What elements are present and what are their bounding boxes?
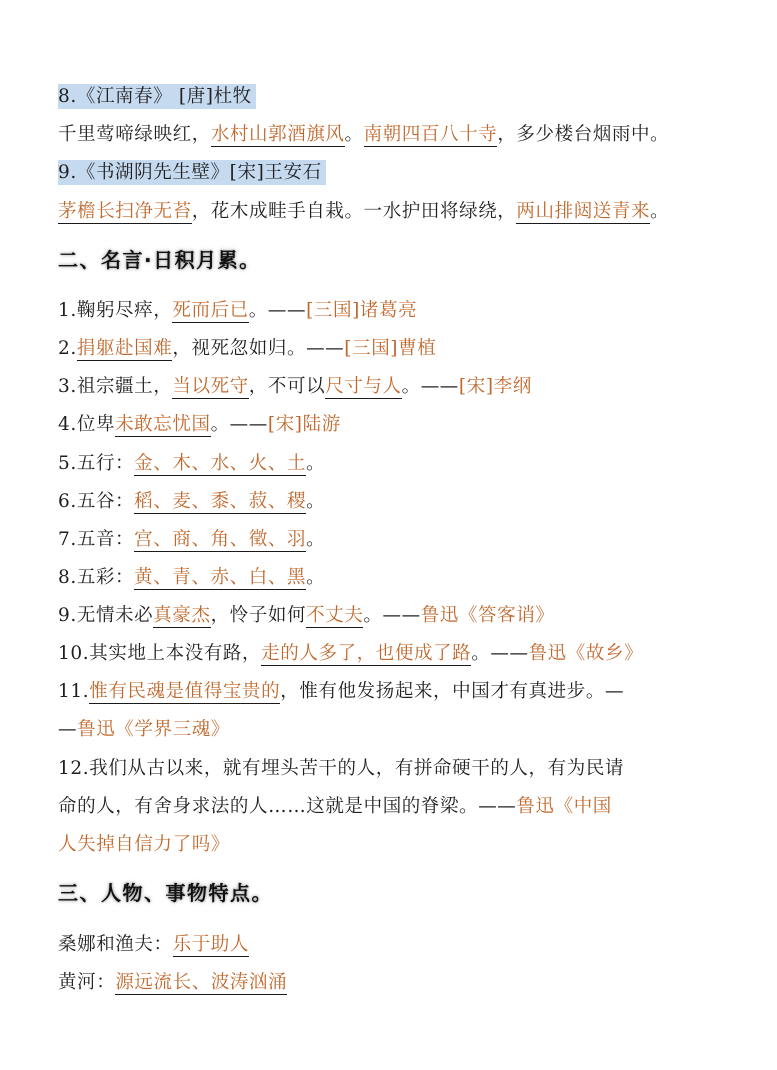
item-number: 10. — [58, 643, 89, 664]
answer-blank: 两山排闼送青来 — [516, 201, 650, 224]
quote-source: [宋]李纲 — [459, 376, 532, 397]
quote-text: 。—— — [363, 605, 420, 626]
punct: 。 — [345, 124, 364, 145]
quote-text: 其实地上本没有路， — [89, 643, 261, 664]
quote-item-2: 2.捐躯赴国难，视死忽如归。——[三国]曹植 — [58, 336, 436, 362]
answer-blank: 死而后已 — [172, 300, 248, 323]
verse-text: 千里莺啼绿映红， — [58, 124, 211, 145]
poem-body-8: 千里莺啼绿映红，水村山郭酒旗风。南朝四百八十寺，多少楼台烟雨中。 — [58, 122, 669, 148]
quote-item-5: 5.五行：金、木、水、火、土。 — [58, 451, 325, 477]
poem-title-8: 8.《江南春》 [唐]杜牧 — [58, 84, 256, 110]
quote-item-12-cont2: 人失掉自信力了吗》 — [58, 832, 230, 858]
item-number: 3. — [58, 376, 77, 397]
quote-text: 我们从古以来，就有埋头苦干的人，有拼命硬干的人，有为民请 — [89, 758, 624, 779]
quote-item-9: 9.无情未必真豪杰，怜子如何不丈夫。——鲁迅《答客诮》 — [58, 603, 554, 629]
quote-text: 鞠躬尽瘁， — [77, 300, 173, 321]
highlighted-title: 9.《书湖阴先生壁》[宋]王安石 — [58, 160, 326, 185]
answer-blank: 金、木、水、火、土 — [134, 453, 306, 476]
item-number: 6. — [58, 491, 77, 512]
quote-source: [宋]陆游 — [268, 414, 341, 435]
item-number: 5. — [58, 453, 77, 474]
quote-item-3: 3.祖宗疆土，当以死守，不可以尺寸与人。——[宋]李纲 — [58, 374, 532, 400]
quote-item-1: 1.鞠躬尽瘁，死而后已。——[三国]诸葛亮 — [58, 298, 417, 324]
item-number: 8. — [58, 567, 77, 588]
quote-text: 五行： — [77, 453, 134, 474]
quote-text: ，怜子如何 — [211, 605, 307, 626]
quote-text: ，不可以 — [249, 376, 325, 397]
trait-label: 黄河： — [58, 972, 115, 993]
answer-blank: 当以死守 — [172, 376, 248, 399]
quote-source: 鲁迅《答客诮》 — [421, 605, 555, 626]
quote-text: 五音： — [77, 529, 134, 550]
quote-text: 五谷： — [77, 491, 134, 512]
answer-blank: 走的人多了，也便成了路 — [261, 643, 471, 666]
trait-label: 桑娜和渔夫： — [58, 934, 173, 955]
quote-text: 五彩： — [77, 567, 134, 588]
punct: 。 — [306, 453, 325, 474]
quote-text: — — [58, 719, 77, 740]
trait-item-2: 黄河：源远流长、波涛汹涌 — [58, 970, 287, 996]
item-number: 9. — [58, 605, 77, 626]
answer-blank: 惟有民魂是值得宝贵的 — [89, 681, 280, 704]
item-number: 11. — [58, 681, 89, 702]
poem-title-9: 9.《书湖阴先生壁》[宋]王安石 — [58, 160, 326, 186]
section-heading-quotes: 二、名言·日积月累。 — [58, 244, 261, 273]
answer-blank: 源远流长、波涛汹涌 — [115, 972, 287, 995]
quote-source: [三国]诸葛亮 — [306, 300, 417, 321]
verse-text: ，花木成畦手自栽。一水护田将绿绕， — [192, 201, 517, 222]
answer-blank: 捐躯赴国难 — [77, 338, 173, 361]
quote-text: 。—— — [402, 376, 459, 397]
quote-source: 鲁迅《学界三魂》 — [77, 719, 230, 740]
answer-blank: 水村山郭酒旗风 — [211, 124, 345, 147]
quote-item-7: 7.五音：宫、商、角、徵、羽。 — [58, 527, 325, 553]
item-number: 7. — [58, 529, 77, 550]
punct: 。 — [306, 491, 325, 512]
quote-text: ，惟有他发扬起来，中国才有真进步。— — [280, 681, 624, 702]
quote-text: 。—— — [249, 300, 306, 321]
poem-body-9: 茅檐长扫净无苔，花木成畦手自栽。一水护田将绿绕，两山排闼送青来。 — [58, 199, 669, 225]
quote-item-12-cont: 命的人，有舍身求法的人……这就是中国的脊梁。——鲁迅《中国 — [58, 794, 612, 820]
item-number: 12. — [58, 758, 89, 779]
answer-blank: 宫、商、角、徵、羽 — [134, 529, 306, 552]
quote-source: 人失掉自信力了吗》 — [58, 834, 230, 855]
quote-text: 。—— — [211, 414, 268, 435]
answer-blank: 茅檐长扫净无苔 — [58, 201, 192, 224]
item-number: 1. — [58, 300, 77, 321]
verse-text: ，多少楼台烟雨中。 — [497, 124, 669, 145]
punct: 。 — [306, 567, 325, 588]
quote-text: 位卑 — [77, 414, 115, 435]
quote-item-4: 4.位卑未敢忘忧国。——[宋]陆游 — [58, 412, 341, 438]
quote-text: 命的人，有舍身求法的人……这就是中国的脊梁。—— — [58, 796, 516, 817]
quote-text: 无情未必 — [77, 605, 153, 626]
quote-source: 鲁迅《中国 — [516, 796, 612, 817]
quote-source: [三国]曹植 — [344, 338, 436, 359]
quote-source: 鲁迅《故乡》 — [529, 643, 644, 664]
highlighted-title: 8.《江南春》 [唐]杜牧 — [58, 84, 256, 109]
trait-item-1: 桑娜和渔夫：乐于助人 — [58, 932, 249, 958]
quote-text: ，视死忽如归。—— — [172, 338, 344, 359]
quote-item-11: 11.惟有民魂是值得宝贵的，惟有他发扬起来，中国才有真进步。— — [58, 679, 624, 705]
answer-blank: 南朝四百八十寺 — [364, 124, 498, 147]
answer-blank: 乐于助人 — [173, 934, 249, 957]
quote-item-10: 10.其实地上本没有路，走的人多了，也便成了路。——鲁迅《故乡》 — [58, 641, 643, 667]
answer-blank: 未敢忘忧国 — [115, 414, 211, 437]
answer-blank: 尺寸与人 — [325, 376, 401, 399]
quote-item-11-cont: —鲁迅《学界三魂》 — [58, 717, 230, 743]
answer-blank: 稻、麦、黍、菽、稷 — [134, 491, 306, 514]
item-number: 2. — [58, 338, 77, 359]
answer-blank: 真豪杰 — [153, 605, 210, 628]
section-heading-characteristics: 三、人物、事物特点。 — [58, 877, 273, 906]
answer-blank: 黄、青、赤、白、黑 — [134, 567, 306, 590]
quote-item-12: 12.我们从古以来，就有埋头苦干的人，有拼命硬干的人，有为民请 — [58, 756, 624, 782]
answer-blank: 不丈夫 — [306, 605, 363, 628]
item-number: 4. — [58, 414, 77, 435]
quote-text: 祖宗疆土， — [77, 376, 173, 397]
punct: 。 — [650, 201, 669, 222]
quote-text: 。—— — [471, 643, 528, 664]
quote-item-8: 8.五彩：黄、青、赤、白、黑。 — [58, 565, 325, 591]
punct: 。 — [306, 529, 325, 550]
quote-item-6: 6.五谷：稻、麦、黍、菽、稷。 — [58, 489, 325, 515]
